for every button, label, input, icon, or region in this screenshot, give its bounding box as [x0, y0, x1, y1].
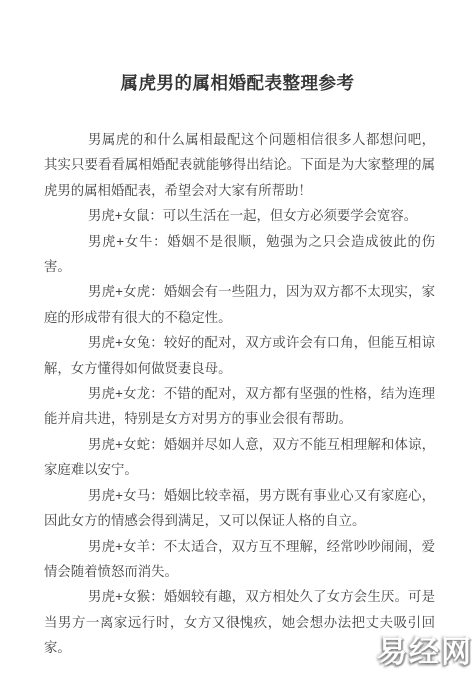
zodiac-pair-label: 男虎+女马：: [88, 488, 164, 503]
zodiac-pair-label: 男虎+女龙：: [88, 386, 164, 401]
page-title: 属虎男的属相婚配表整理参考: [0, 70, 475, 95]
zodiac-entry-rabbit: 男虎+女兔：较好的配对，双方或许会有口角，但能互相谅解，女方懂得如何做贤妻良母。: [44, 330, 435, 381]
watermark-yijing-site: 易经网: [377, 627, 473, 671]
page-number: 1: [0, 616, 475, 626]
zodiac-pair-label: 男虎+女猴：: [88, 589, 164, 604]
zodiac-pair-label: 男虎+女牛：: [88, 234, 167, 249]
zodiac-entry-ox: 男虎+女牛：婚姻不是很顺，勉强为之只会造成彼此的伤害。: [44, 229, 435, 280]
zodiac-entry-tiger: 男虎+女虎：婚姻会有一些阻力，因为双方都不太现实，家庭的形成带有很大的不稳定性。: [44, 279, 435, 330]
zodiac-entry-snake: 男虎+女蛇：婚姻并尽如人意，双方不能互相理解和体谅，家庭难以安宁。: [44, 432, 435, 483]
zodiac-pair-label: 男虎+女鼠：: [88, 208, 163, 223]
zodiac-pair-label: 男虎+女羊：: [88, 539, 164, 554]
document-page: 属虎男的属相婚配表整理参考 男属虎的和什么属相最配这个问题相信很多人都想问吧，其…: [0, 0, 475, 673]
zodiac-entry-horse: 男虎+女马：婚姻比较幸福，男方既有事业心又有家庭心，因此女方的情感会得到满足，又…: [44, 483, 435, 534]
zodiac-entry-rat: 男虎+女鼠：可以生活在一起，但女方必须要学会宽容。: [44, 203, 435, 228]
zodiac-entry-text: 可以生活在一起，但女方必须要学会宽容。: [163, 208, 417, 223]
zodiac-entry-dragon: 男虎+女龙：不错的配对，双方都有坚强的性格，结为连理能并肩共进，特别是女方对男方…: [44, 381, 435, 432]
zodiac-pair-label: 男虎+女蛇：: [88, 437, 164, 452]
zodiac-pair-label: 男虎+女兔：: [88, 335, 164, 350]
zodiac-pair-label: 男虎+女虎：: [88, 284, 164, 299]
document-body: 男属虎的和什么属相最配这个问题相信很多人都想问吧，其实只要看看属相婚配表就能够得…: [44, 127, 435, 661]
intro-paragraph: 男属虎的和什么属相最配这个问题相信很多人都想问吧，其实只要看看属相婚配表就能够得…: [44, 127, 435, 203]
zodiac-entry-goat: 男虎+女羊：不太适合，双方互不理解，经常吵吵闹闹，爱情会随着愤怒而消失。: [44, 534, 435, 585]
